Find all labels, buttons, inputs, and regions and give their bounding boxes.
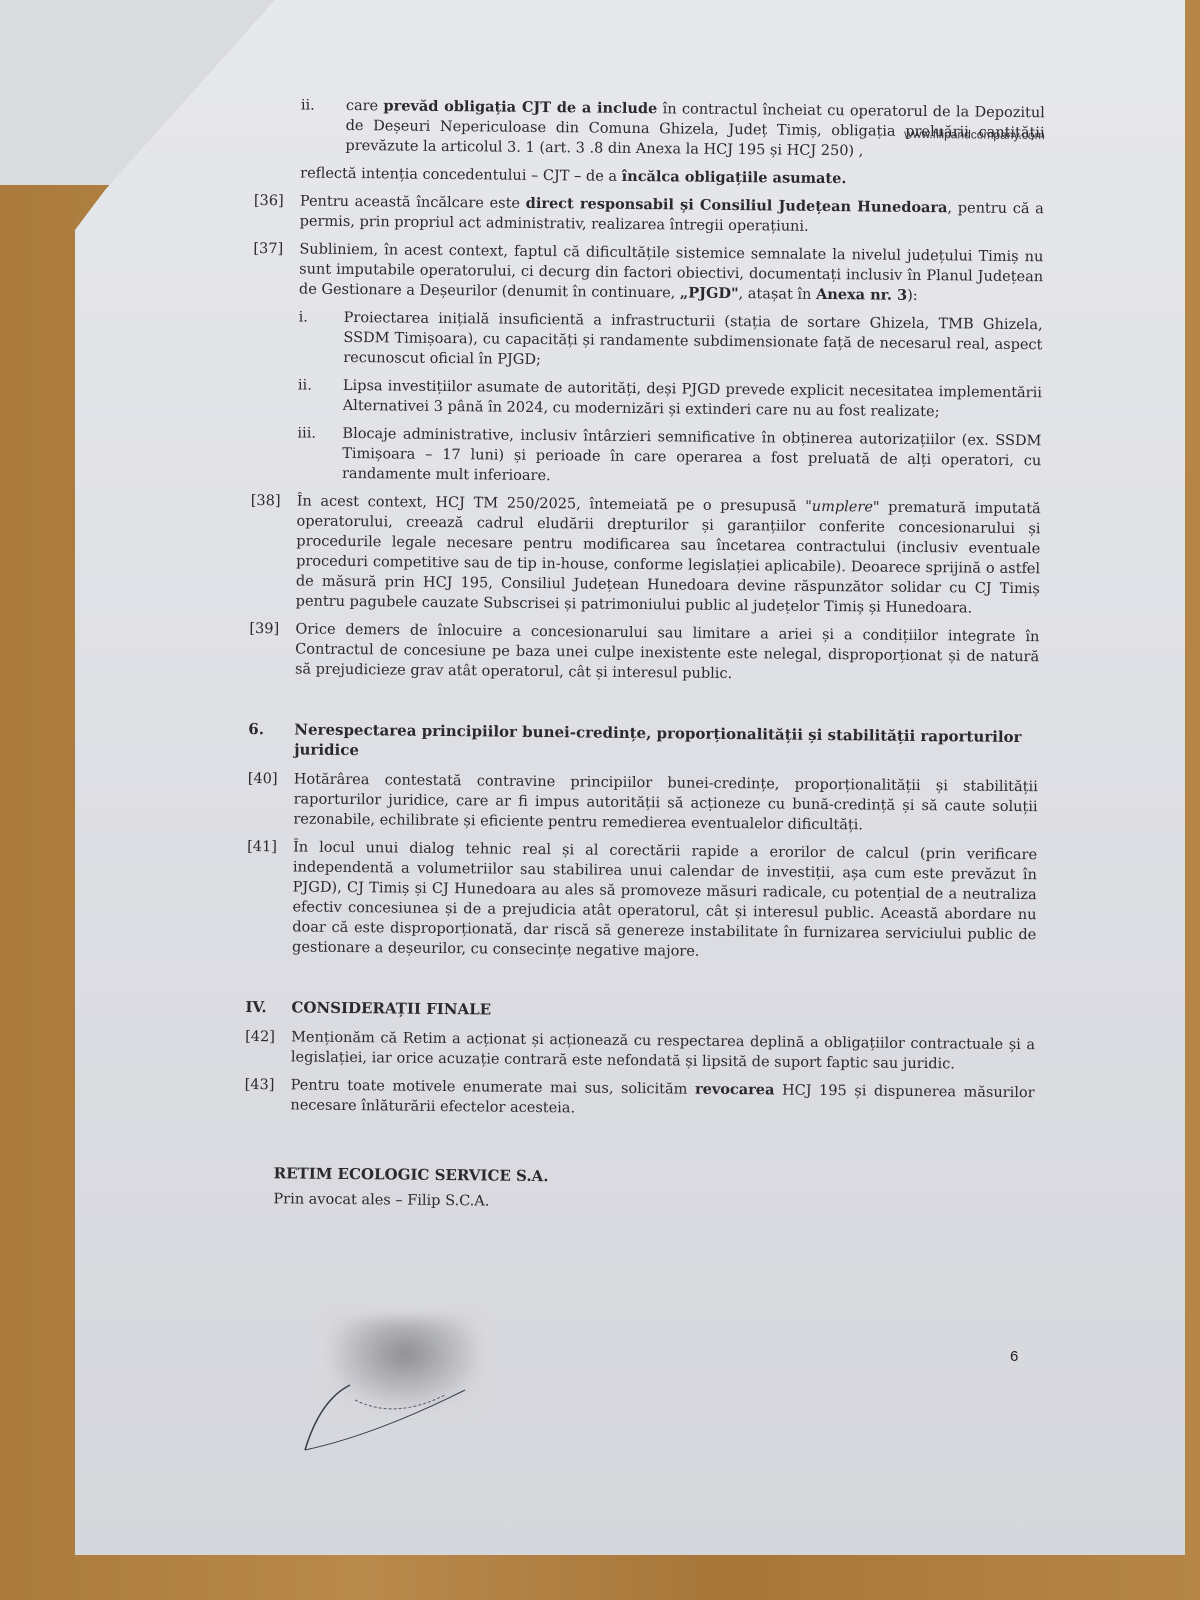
sub-item-label: iii. xyxy=(297,423,343,483)
sub-item: ii.Lipsa investițiilor asumate de autori… xyxy=(298,375,1042,423)
paragraphs-c: [40]Hotărârea contestată contravine prin… xyxy=(246,769,1038,965)
sub-item-label: i. xyxy=(298,307,344,367)
paragraph-text: În locul unui dialog tehnic real și al c… xyxy=(292,837,1037,965)
paragraph-text: În acest context, HCJ TM 250/2025, întem… xyxy=(296,491,1041,619)
paragraph: [40]Hotărârea contestată contravine prin… xyxy=(247,769,1038,837)
header-website: www.filipandcompany.com xyxy=(904,124,1045,145)
sub-item: i.Proiectarea inițială insuficientă a in… xyxy=(298,307,1043,375)
paragraph-text: Menționăm că Retim a acționat și acțione… xyxy=(291,1027,1035,1075)
paragraph-number: [40] xyxy=(247,769,294,829)
paragraph: [43]Pentru toate motivele enumerate mai … xyxy=(244,1075,1034,1123)
paragraphs-a: [36]Pentru această încălcare este direct… xyxy=(253,191,1044,307)
sub-items: i.Proiectarea inițială insuficientă a in… xyxy=(251,307,1043,491)
paragraph-text: Subliniem, în acest context, faptul că d… xyxy=(299,239,1044,307)
paragraph: [42]Menționăm că Retim a acționat și acț… xyxy=(245,1027,1035,1075)
section-iv-heading: IV. CONSIDERAȚII FINALE xyxy=(245,997,1035,1025)
paragraphs-b: [38]În acest context, HCJ TM 250/2025, î… xyxy=(249,491,1041,687)
stamp-icon xyxy=(295,1380,475,1455)
intro-continuation: reflectă intenția concedentului – CJT – … xyxy=(300,163,1044,191)
sub-item: iii.Blocaje administrative, inclusiv înt… xyxy=(297,423,1042,491)
page-number: 6 xyxy=(1010,1348,1018,1365)
paragraph: [37]Subliniem, în acest context, faptul … xyxy=(253,239,1044,307)
paragraph-number: [38] xyxy=(250,491,297,611)
paragraph-number: [39] xyxy=(249,619,296,679)
paragraph-number: [42] xyxy=(245,1027,291,1067)
document-content: www.filipandcompany.com ii. care prevăd … xyxy=(243,95,1045,1217)
paragraph: [38]În acest context, HCJ TM 250/2025, î… xyxy=(250,491,1041,619)
paragraphs-d: [42]Menționăm că Retim a acționat și acț… xyxy=(244,1027,1035,1123)
section-6-number: 6. xyxy=(248,719,294,759)
paragraph: [41]În locul unui dialog tehnic real și … xyxy=(246,837,1037,965)
paragraph-text: Orice demers de înlocuire a concesionaru… xyxy=(295,619,1040,687)
signature-company: RETIM ECOLOGIC SERVICE S.A. xyxy=(274,1163,1034,1191)
paragraph-number: [37] xyxy=(253,239,300,299)
paragraph-number: [36] xyxy=(254,191,300,231)
section-iv-number: IV. xyxy=(245,997,291,1017)
paragraph-text: Pentru această încălcare este direct res… xyxy=(300,191,1044,239)
paragraph-number: [43] xyxy=(244,1075,290,1115)
paragraph-text: Hotărârea contestată contravine principi… xyxy=(293,769,1038,837)
section-6-title: Nerespectarea principiilor bunei-credinț… xyxy=(294,719,1038,767)
section-iv-title: CONSIDERAȚII FINALE xyxy=(291,997,1035,1025)
sub-item-text: Proiectarea inițială insuficientă a infr… xyxy=(343,308,1043,375)
sub-item-text: Blocaje administrative, inclusiv întârzi… xyxy=(342,424,1042,491)
paragraph: [39]Orice demers de înlocuire a concesio… xyxy=(249,619,1040,687)
sub-item-text: Lipsa investițiilor asumate de autorităț… xyxy=(343,376,1042,423)
sub-item-label: ii. xyxy=(298,375,343,415)
intro-item-label: ii. xyxy=(300,95,346,155)
paragraph-text: Pentru toate motivele enumerate mai sus,… xyxy=(290,1075,1034,1123)
signature-block: RETIM ECOLOGIC SERVICE S.A. Prin avocat … xyxy=(273,1163,1033,1217)
paragraph-number: [41] xyxy=(246,837,293,957)
paragraph: [36]Pentru această încălcare este direct… xyxy=(254,191,1044,239)
section-6-heading: 6. Nerespectarea principiilor bunei-cred… xyxy=(248,719,1038,767)
